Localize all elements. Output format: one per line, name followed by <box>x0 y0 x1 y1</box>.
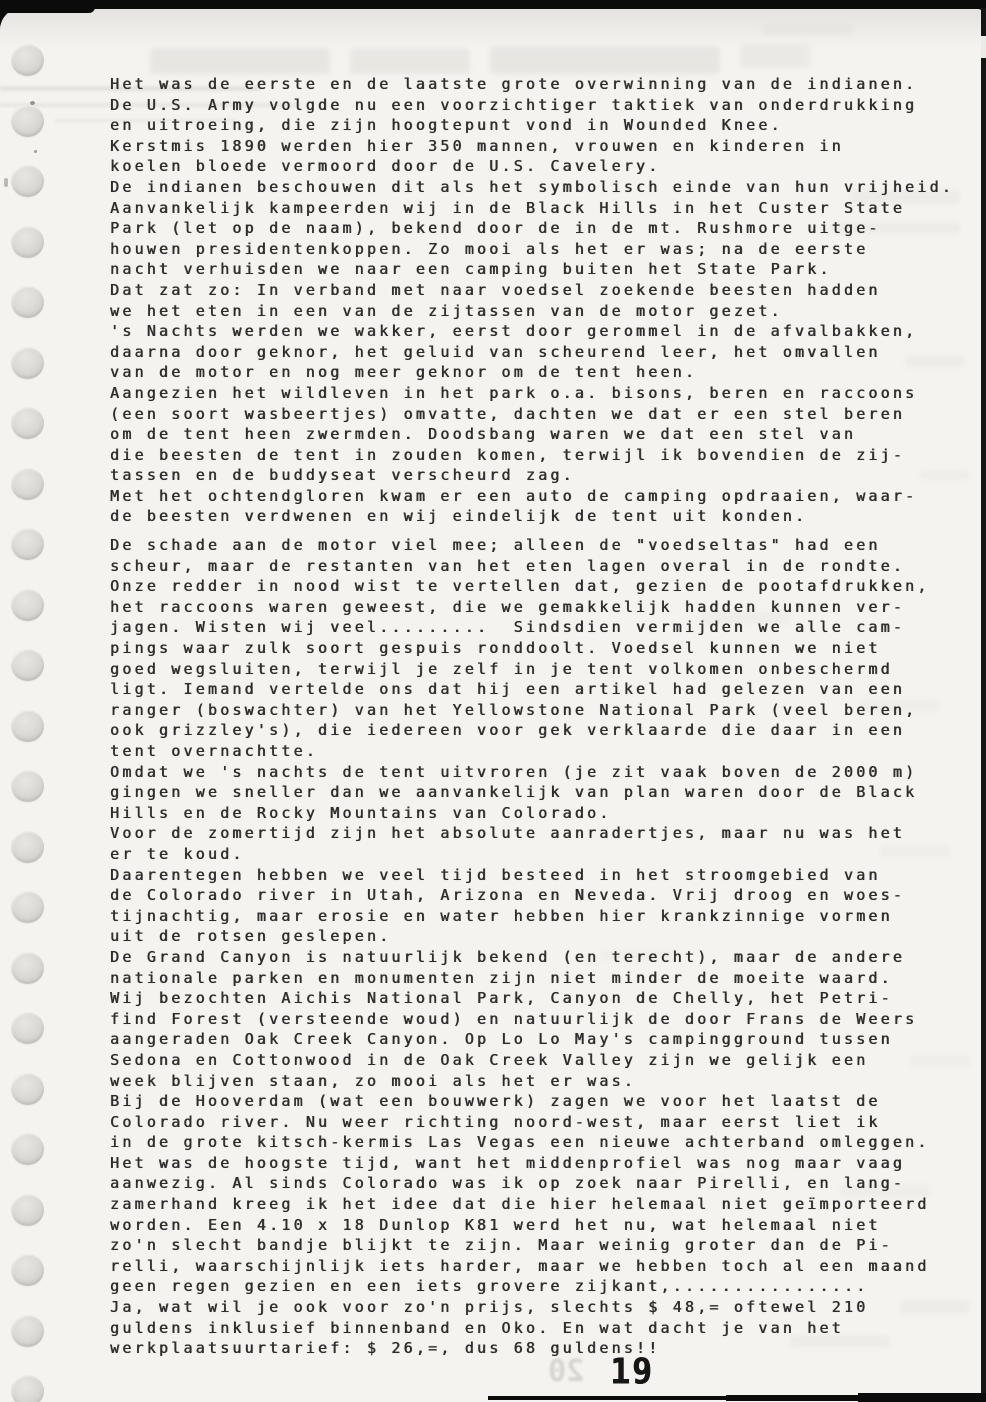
binder-hole <box>11 891 44 923</box>
text-line: in de grote kitsch-kermis Las Vegas een … <box>110 1132 954 1153</box>
text-line: Colorado river. Nu weer richting noord-w… <box>110 1112 954 1133</box>
text-line: zamerhand kreeg ik het idee dat die hier… <box>110 1194 954 1215</box>
scan-edge-top <box>0 0 986 9</box>
text-line: aanwezig. Al sinds Colorado was ik op zo… <box>110 1173 954 1194</box>
binder-hole <box>11 1375 44 1402</box>
text-line: geen regen gezien en een iets grovere zi… <box>110 1276 954 1297</box>
binder-hole <box>11 710 44 742</box>
text-line: Daarentegen hebben we veel tijd besteed … <box>110 865 954 886</box>
text-line: gingen we sneller dan we aanvankelijk va… <box>110 782 954 803</box>
text-line: Dat zat zo: In verband met naar voedsel … <box>110 280 954 301</box>
text-line: De schade aan de motor viel mee; alleen … <box>110 535 954 556</box>
text-line: Aangezien het wildleven in het park o.a.… <box>110 383 954 404</box>
typewritten-text: Het was de eerste en de laatste grote ov… <box>110 74 954 1359</box>
text-line: tent overnachtte. <box>110 741 954 762</box>
text-line: De U.S. Army volgde nu een voorzichtiger… <box>110 95 954 116</box>
bleedthrough-artifact <box>350 48 470 74</box>
bleedthrough-artifact <box>150 48 330 74</box>
text-line: pings waar zulk soort gespuis ronddoolt.… <box>110 638 954 659</box>
text-line: daarna door geknor, het geluid van scheu… <box>110 342 954 363</box>
text-line: om de tent heen zwermden. Doodsbang ware… <box>110 424 954 445</box>
binder-hole <box>11 105 44 137</box>
binder-hole <box>11 528 44 560</box>
text-line: Hills en de Rocky Mountains van Colorado… <box>110 803 954 824</box>
text-line: we het eten in een van de zijtassen van … <box>110 301 954 322</box>
text-line: scheur, maar de restanten van het eten l… <box>110 556 954 577</box>
binder-hole <box>11 649 44 681</box>
text-line: werkplaatsuurtarief: $ 26,=, dus 68 guld… <box>110 1338 954 1359</box>
text-line: Kerstmis 1890 werden hier 350 mannen, vr… <box>110 136 954 157</box>
scan-edge-right <box>981 8 986 1402</box>
text-line: ranger (boswachter) van het Yellowstone … <box>110 700 954 721</box>
scan-edge-notch <box>981 36 986 58</box>
text-line: Ja, wat wil je ook voor zo'n prijs, slec… <box>110 1297 954 1318</box>
text-line: het raccoons waren geweest, die we gemak… <box>110 597 954 618</box>
text-line: Omdat we 's nachts de tent uitvroren (je… <box>110 762 954 783</box>
bleedthrough-artifact <box>490 46 720 74</box>
text-line: ligt. Iemand vertelde ons dat hij een ar… <box>110 679 954 700</box>
text-line: guldens inklusief binnenband en Oko. En … <box>110 1318 954 1339</box>
binder-hole <box>11 589 44 621</box>
text-line: worden. Een 4.10 x 18 Dunlop K81 werd he… <box>110 1215 954 1236</box>
text-line: Het was de eerste en de laatste grote ov… <box>110 74 954 95</box>
text-line: ook grizzley's), die iedereen voor gek v… <box>110 720 954 741</box>
scan-speck <box>34 150 37 153</box>
text-line: Wij bezochten Aichis National Park, Cany… <box>110 988 954 1009</box>
binder-hole <box>11 44 44 76</box>
text-line: week blijven staan, zo mooi als het er w… <box>110 1071 954 1092</box>
text-line: Voor de zomertijd zijn het absolute aanr… <box>110 823 954 844</box>
text-line: Aanvankelijk kampeerden wij in de Black … <box>110 198 954 219</box>
binder-hole <box>11 831 44 863</box>
text-line: Bij de Hooverdam (wat een bouwwerk) zage… <box>110 1091 954 1112</box>
bleedthrough-artifact <box>740 44 810 68</box>
text-line: van de motor en nog meer geknor om de te… <box>110 362 954 383</box>
text-line: jagen. Wisten wij veel......... Sindsdie… <box>110 617 954 638</box>
binder-hole <box>11 468 44 500</box>
text-line: tassen en de buddyseat verscheurd zag. <box>110 465 954 486</box>
text-line: tijnachtig, maar erosie en water hebben … <box>110 906 954 927</box>
scan-speck <box>4 178 8 187</box>
scan-edge-top-left <box>0 0 95 13</box>
text-line: de beesten verdwenen en wij eindelijk de… <box>110 506 954 527</box>
binder-hole <box>11 286 44 318</box>
ghost-page-number: 20 <box>548 1354 584 1389</box>
text-line: aangeraden Oak Creek Canyon. Op Lo Lo Ma… <box>110 1029 954 1050</box>
text-line: De indianen beschouwen dit als het symbo… <box>110 177 954 198</box>
binder-hole <box>11 407 44 439</box>
text-line: find Forest (versteende woud) en natuurl… <box>110 1009 954 1030</box>
text-line: en uitroeing, die zijn hoogtepunt vond i… <box>110 115 954 136</box>
binder-hole <box>11 226 44 258</box>
binder-hole <box>11 347 44 379</box>
text-line: goed wegsluiten, terwijl je zelf in je t… <box>110 659 954 680</box>
binder-hole <box>11 1254 44 1286</box>
binder-hole <box>11 952 44 984</box>
text-line: die beesten de tent in zouden komen, ter… <box>110 445 954 466</box>
text-line: 's Nachts werden we wakker, eerst door g… <box>110 321 954 342</box>
text-line: uit de rotsen geslepen. <box>110 926 954 947</box>
binder-hole <box>11 1315 44 1347</box>
scanned-newsletter-page: { "page": { "number": "19" }, "ghost": {… <box>0 0 986 1402</box>
binder-hole <box>11 1012 44 1044</box>
text-line: Sedona en Cottonwood in de Oak Creek Val… <box>110 1050 954 1071</box>
scan-edge-bottom <box>726 1395 860 1401</box>
text-line: nationale parken en monumenten zijn niet… <box>110 968 954 989</box>
text-line: de Colorado river in Utah, Arizona en Ne… <box>110 885 954 906</box>
text-line: houwen presidentenkoppen. Zo mooi als he… <box>110 239 954 260</box>
text-line: Onze redder in nood wist te vertellen da… <box>110 576 954 597</box>
scan-edge-bottom <box>488 1396 728 1400</box>
text-line: Het was de hoogste tijd, want het midden… <box>110 1153 954 1174</box>
text-line: De Grand Canyon is natuurlijk bekend (en… <box>110 947 954 968</box>
bleedthrough-artifact <box>762 24 852 34</box>
binder-hole <box>11 770 44 802</box>
text-line: er te koud. <box>110 844 954 865</box>
text-line: Park (let op de naam), bekend door de in… <box>110 218 954 239</box>
binder-hole <box>11 1133 44 1165</box>
paragraph: Het was de eerste en de laatste grote ov… <box>110 74 954 527</box>
text-line: Met het ochtendgloren kwam er een auto d… <box>110 486 954 507</box>
text-line: nacht verhuisden we naar een camping bui… <box>110 259 954 280</box>
text-line: koelen bloede vermoord door de U.S. Cave… <box>110 156 954 177</box>
binder-hole <box>11 165 44 197</box>
text-line: (een soort wasbeertjes) omvatte, dachten… <box>110 404 954 425</box>
page-number: 19 <box>610 1350 654 1392</box>
paragraph: De schade aan de motor viel mee; alleen … <box>110 535 954 1359</box>
scan-edge-bottom <box>858 1393 986 1402</box>
text-line: relli, waarschijnlijk iets harder, maar … <box>110 1256 954 1277</box>
text-line: zo'n slecht bandje blijkt te zijn. Maar … <box>110 1235 954 1256</box>
binder-hole <box>11 1194 44 1226</box>
binder-hole <box>11 1073 44 1105</box>
